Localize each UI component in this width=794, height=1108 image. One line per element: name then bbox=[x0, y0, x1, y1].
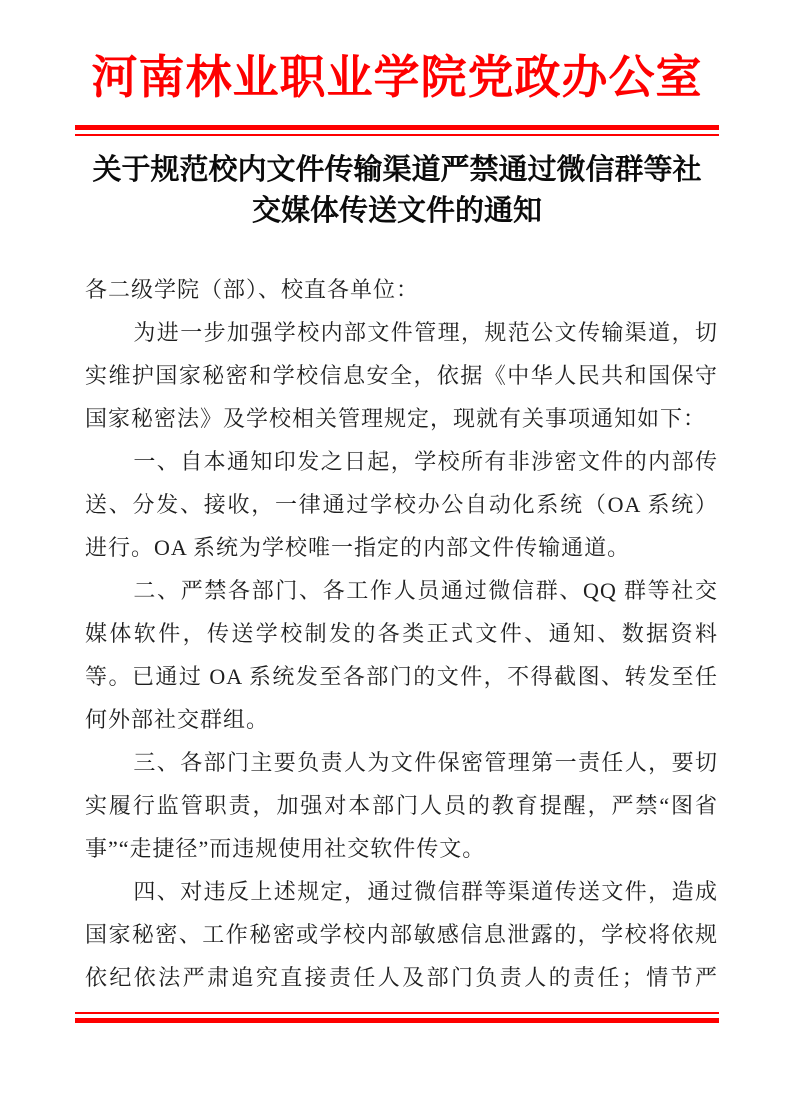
letterhead-divider-thin-line bbox=[75, 134, 719, 136]
paragraph-item-4: 四、对违反上述规定，通过微信群等渠道传送文件，造成国家秘密、工作秘密或学校内部敏… bbox=[85, 870, 718, 1008]
document-title-line-1: 关于规范校内文件传输渠道严禁通过微信群等社 bbox=[0, 150, 794, 191]
document-page: 河南林业职业学院党政办公室 关于规范校内文件传输渠道严禁通过微信群等社 交媒体传… bbox=[0, 0, 794, 1108]
paragraph-item-3: 三、各部门主要负责人为文件保密管理第一责任人，要切实履行监管职责，加强对本部门人… bbox=[85, 741, 718, 870]
document-body: 各二级学院（部）、校直各单位： 为进一步加强学校内部文件管理，规范公文传输渠道，… bbox=[85, 268, 718, 1008]
paragraph-intro: 为进一步加强学校内部文件管理，规范公文传输渠道，切实维护国家秘密和学校信息安全，… bbox=[85, 311, 718, 440]
document-title: 关于规范校内文件传输渠道严禁通过微信群等社 交媒体传送文件的通知 bbox=[0, 150, 794, 232]
footer-divider-thin-line bbox=[75, 1012, 719, 1014]
letterhead-divider bbox=[75, 125, 719, 136]
footer-divider-thick-line bbox=[75, 1018, 719, 1023]
paragraph-item-2: 二、严禁各部门、各工作人员通过微信群、QQ 群等社交媒体软件，传送学校制发的各类… bbox=[85, 569, 718, 741]
salutation: 各二级学院（部）、校直各单位： bbox=[85, 268, 718, 311]
document-title-line-2: 交媒体传送文件的通知 bbox=[0, 191, 794, 232]
footer-divider bbox=[75, 1012, 719, 1023]
letterhead-divider-thick-line bbox=[75, 125, 719, 130]
letterhead-org-name: 河南林业职业学院党政办公室 bbox=[0, 50, 794, 106]
paragraph-item-1: 一、自本通知印发之日起，学校所有非涉密文件的内部传送、分发、接收，一律通过学校办… bbox=[85, 440, 718, 569]
